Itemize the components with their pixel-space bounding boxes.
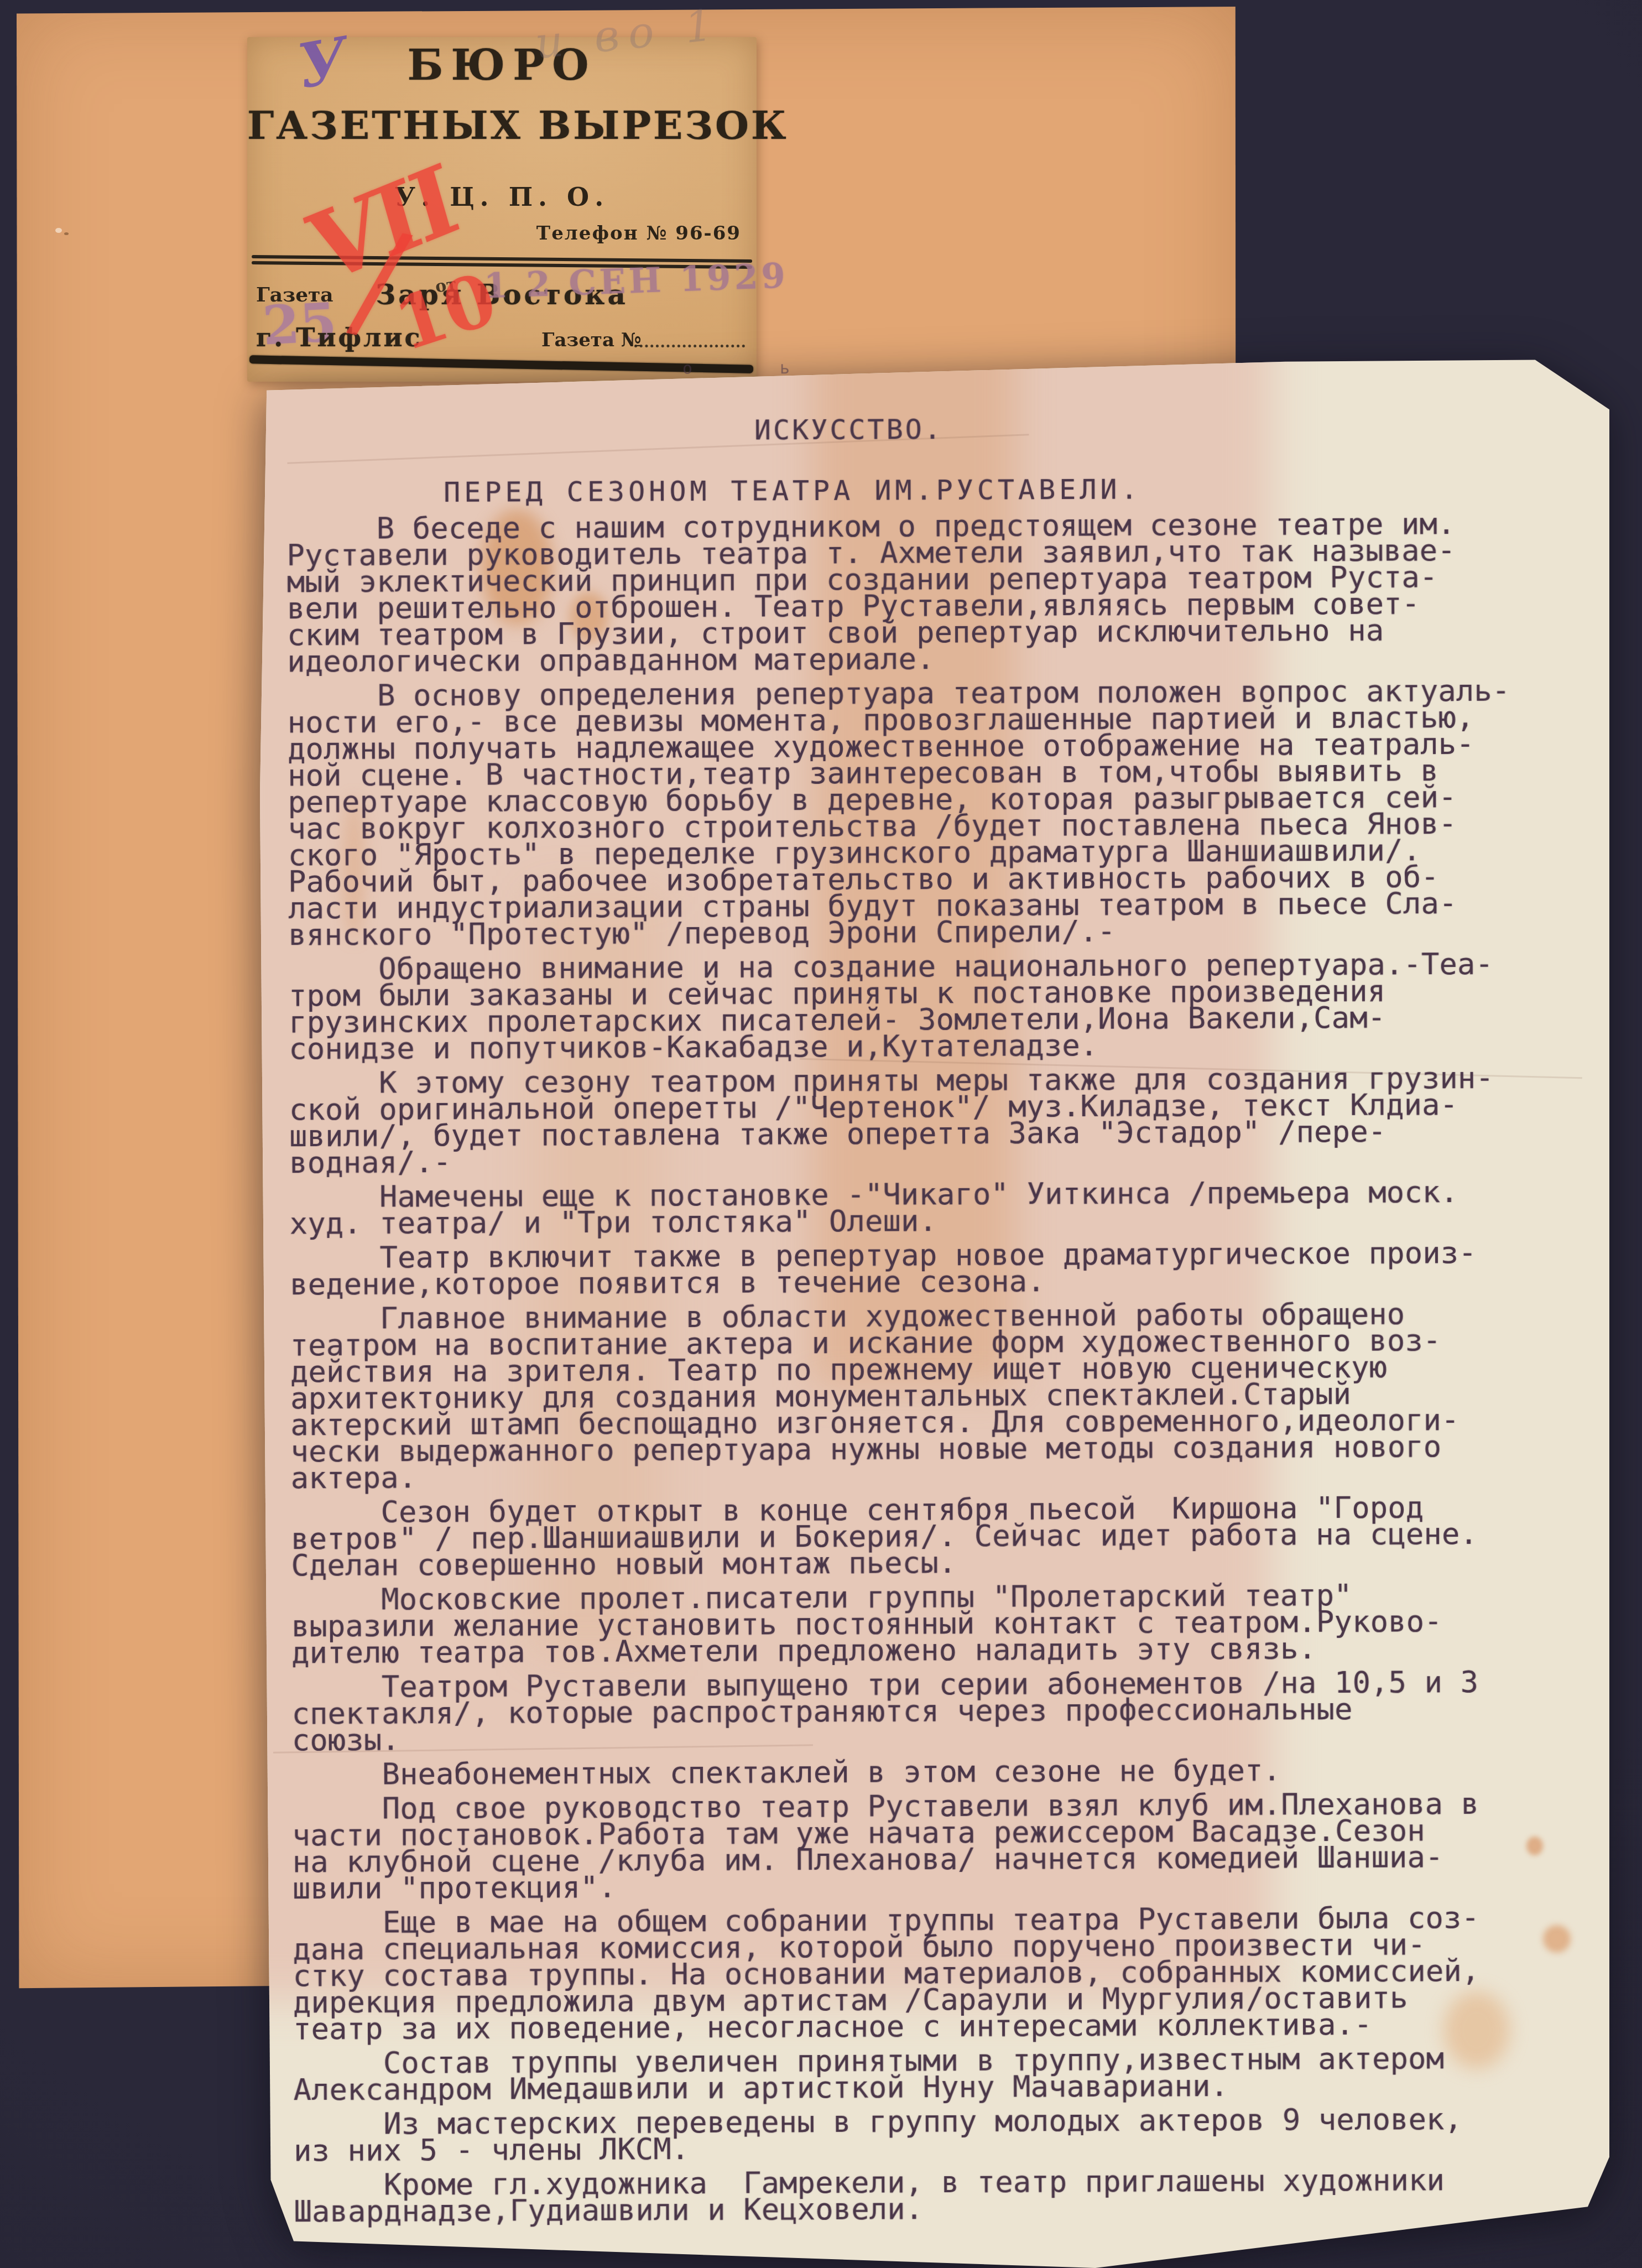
typed-paragraph: Сезон будет открыт в конце сентября пьес… bbox=[291, 1494, 1514, 1579]
typed-paragraph: Обращено внимание и на создание национал… bbox=[289, 951, 1512, 1063]
typed-line: ведение,которое появится в течение сезон… bbox=[290, 1266, 1513, 1298]
typed-line: швили/, будет поставлена также оперетта … bbox=[289, 1118, 1512, 1150]
typed-line: идеологически оправданном материале. bbox=[287, 643, 1510, 675]
typed-paragraph: Еще в мае на общем собрании труппы театр… bbox=[293, 1905, 1516, 2043]
typed-line: Сделан совершенно новый монтаж пьесы. bbox=[291, 1547, 1514, 1579]
typed-line: сонидзе и попутчиков-Какабадзе и,Кутател… bbox=[289, 1031, 1511, 1063]
typed-paragraph: Театр включит также в репертуар новое др… bbox=[290, 1240, 1513, 1298]
typed-paragraph: Под свое руководство театр Руставели взя… bbox=[292, 1791, 1515, 1902]
typed-line: Внеабонементных спектаклей в этом сезоне… bbox=[292, 1756, 1515, 1788]
typed-paragraph: Состав труппы увеличен принятыми в трупп… bbox=[293, 2045, 1516, 2104]
typed-line: чески выдержанного репертуара нужны новы… bbox=[290, 1433, 1513, 1465]
typed-line: Александром Имедашвили и артисткой Нуну … bbox=[293, 2072, 1516, 2104]
article-headline: ПЕРЕД СЕЗОНОМ ТЕАТРА ИМ.РУСТАВЕЛИ. bbox=[444, 473, 1141, 508]
typed-line: Шаварднадзе,Гудиашвили и Кецховели. bbox=[294, 2193, 1516, 2225]
typed-paragraph: Театром Руставели выпущено три серии або… bbox=[291, 1669, 1514, 1754]
typed-paragraph: Из мастерских переведены в группу молоды… bbox=[294, 2106, 1516, 2165]
typed-line: дителю театра тов.Ахметели предложено на… bbox=[291, 1635, 1514, 1667]
typed-line: худ. театра/ и "Три толстяка" Олеши. bbox=[290, 1205, 1513, 1237]
typed-paragraph: Намечены еще к постановке -"Чикаго" Уитк… bbox=[289, 1179, 1512, 1237]
typed-line: спектакля/, которые распространяются чер… bbox=[291, 1695, 1514, 1728]
typed-line: театр за их поведение, несогласное с инт… bbox=[293, 2011, 1516, 2043]
archive-scan: БЮРО ГАЗЕТНЫХ ВЫРЕЗОК У. Ц. П. О. Телефо… bbox=[0, 0, 1642, 2268]
typed-paragraph: Главное внимание в области художественно… bbox=[290, 1301, 1513, 1492]
typed-text-layer: о ь ИСКУССТВО. ПЕРЕД СЕЗОНОМ ТЕАТРА ИМ.Р… bbox=[0, 0, 1642, 2268]
typed-paragraph: К этому сезону театром приняты меры такж… bbox=[289, 1065, 1512, 1177]
typed-line: вянского "Протестую" /перевод Эрони Спир… bbox=[288, 917, 1511, 949]
typed-paragraph: В основу определения репертуара театром … bbox=[287, 678, 1511, 949]
typed-paragraph: Московские пролет.писатели группы "Проле… bbox=[291, 1582, 1514, 1667]
stray-type-marks: о ь bbox=[682, 358, 828, 378]
typed-paragraph: Внеабонементных спектаклей в этом сезоне… bbox=[292, 1756, 1515, 1788]
typed-paragraph: В беседе с нашим сотрудником о предстоящ… bbox=[286, 511, 1510, 675]
article-section-title: ИСКУССТВО. bbox=[754, 413, 943, 446]
typed-paragraph: Кроме гл.художника Гамрекели, в театр пр… bbox=[294, 2167, 1516, 2225]
article-body: В беседе с нашим сотрудником о предстоящ… bbox=[286, 511, 1516, 2233]
